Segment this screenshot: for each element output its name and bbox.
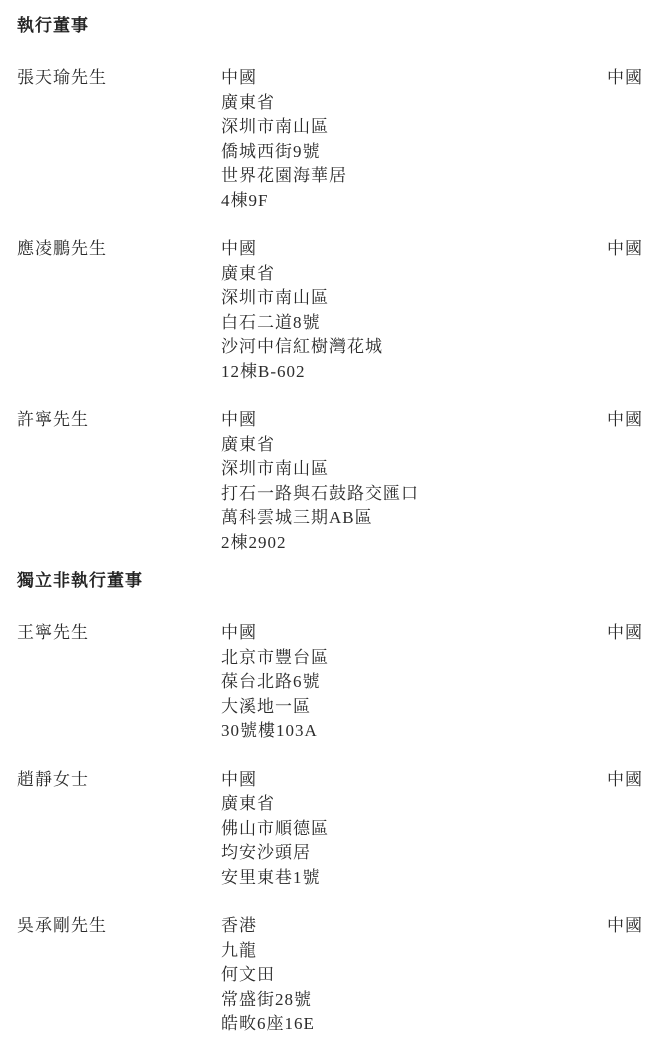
address-line: 香港 bbox=[221, 914, 591, 939]
section-heading: 執行董事 bbox=[17, 14, 643, 38]
address-line: 皓畋6座16E bbox=[221, 1012, 591, 1037]
director-address: 中國廣東省佛山市順德區均安沙頭居安里東巷1號 bbox=[221, 768, 591, 891]
directors-page: 執行董事張天瑜先生中國廣東省深圳市南山區僑城西街9號世界花園海華居4棟9F中國應… bbox=[0, 0, 660, 1059]
address-line: 九龍 bbox=[221, 939, 591, 964]
address-line: 廣東省 bbox=[221, 262, 591, 287]
director-nationality: 中國 bbox=[591, 768, 643, 793]
director-nationality: 中國 bbox=[591, 66, 643, 91]
address-line: 常盛街28號 bbox=[221, 988, 591, 1013]
address-line: 萬科雲城三期AB區 bbox=[221, 506, 591, 531]
address-line: 均安沙頭居 bbox=[221, 841, 591, 866]
address-line: 葆台北路6號 bbox=[221, 670, 591, 695]
director-nationality: 中國 bbox=[591, 408, 643, 433]
address-line: 大溪地一區 bbox=[221, 695, 591, 720]
address-line: 打石一路與石鼓路交匯口 bbox=[221, 482, 591, 507]
director-nationality: 中國 bbox=[591, 621, 643, 646]
director-address: 中國北京市豐台區葆台北路6號大溪地一區30號樓103A bbox=[221, 621, 591, 744]
address-line: 中國 bbox=[221, 237, 591, 262]
director-nationality: 中國 bbox=[591, 914, 643, 939]
address-line: 僑城西街9號 bbox=[221, 140, 591, 165]
director-sections: 執行董事張天瑜先生中國廣東省深圳市南山區僑城西街9號世界花園海華居4棟9F中國應… bbox=[17, 14, 643, 1037]
director-address: 香港九龍何文田常盛街28號皓畋6座16E bbox=[221, 914, 591, 1037]
address-line: 中國 bbox=[221, 768, 591, 793]
address-line: 佛山市順德區 bbox=[221, 817, 591, 842]
director-row: 張天瑜先生中國廣東省深圳市南山區僑城西街9號世界花園海華居4棟9F中國 bbox=[17, 66, 643, 213]
address-line: 廣東省 bbox=[221, 91, 591, 116]
address-line: 北京市豐台區 bbox=[221, 646, 591, 671]
address-line: 世界花園海華居 bbox=[221, 164, 591, 189]
director-row: 王寧先生中國北京市豐台區葆台北路6號大溪地一區30號樓103A中國 bbox=[17, 621, 643, 744]
address-line: 安里東巷1號 bbox=[221, 866, 591, 891]
address-line: 廣東省 bbox=[221, 433, 591, 458]
director-name: 王寧先生 bbox=[17, 621, 221, 646]
director-section: 執行董事張天瑜先生中國廣東省深圳市南山區僑城西街9號世界花園海華居4棟9F中國應… bbox=[17, 14, 643, 555]
director-section: 獨立非執行董事王寧先生中國北京市豐台區葆台北路6號大溪地一區30號樓103A中國… bbox=[17, 569, 643, 1037]
director-name: 應凌鵬先生 bbox=[17, 237, 221, 262]
director-address: 中國廣東省深圳市南山區打石一路與石鼓路交匯口萬科雲城三期AB區2棟2902 bbox=[221, 408, 591, 555]
address-line: 中國 bbox=[221, 408, 591, 433]
address-line: 白石二道8號 bbox=[221, 311, 591, 336]
address-line: 深圳市南山區 bbox=[221, 286, 591, 311]
address-line: 廣東省 bbox=[221, 792, 591, 817]
address-line: 深圳市南山區 bbox=[221, 457, 591, 482]
address-line: 中國 bbox=[221, 621, 591, 646]
address-line: 中國 bbox=[221, 66, 591, 91]
address-line: 深圳市南山區 bbox=[221, 115, 591, 140]
director-address: 中國廣東省深圳市南山區白石二道8號沙河中信紅樹灣花城12棟B-602 bbox=[221, 237, 591, 384]
address-line: 2棟2902 bbox=[221, 531, 591, 556]
address-line: 12棟B-602 bbox=[221, 360, 591, 385]
director-name: 趙靜女士 bbox=[17, 768, 221, 793]
director-row: 許寧先生中國廣東省深圳市南山區打石一路與石鼓路交匯口萬科雲城三期AB區2棟290… bbox=[17, 408, 643, 555]
address-line: 30號樓103A bbox=[221, 719, 591, 744]
director-nationality: 中國 bbox=[591, 237, 643, 262]
director-address: 中國廣東省深圳市南山區僑城西街9號世界花園海華居4棟9F bbox=[221, 66, 591, 213]
director-row: 趙靜女士中國廣東省佛山市順德區均安沙頭居安里東巷1號中國 bbox=[17, 768, 643, 891]
section-heading: 獨立非執行董事 bbox=[17, 569, 643, 593]
director-row: 吳承剛先生香港九龍何文田常盛街28號皓畋6座16E中國 bbox=[17, 914, 643, 1037]
director-name: 許寧先生 bbox=[17, 408, 221, 433]
address-line: 4棟9F bbox=[221, 189, 591, 214]
address-line: 沙河中信紅樹灣花城 bbox=[221, 335, 591, 360]
director-name: 吳承剛先生 bbox=[17, 914, 221, 939]
address-line: 何文田 bbox=[221, 963, 591, 988]
director-name: 張天瑜先生 bbox=[17, 66, 221, 91]
director-row: 應凌鵬先生中國廣東省深圳市南山區白石二道8號沙河中信紅樹灣花城12棟B-602中… bbox=[17, 237, 643, 384]
